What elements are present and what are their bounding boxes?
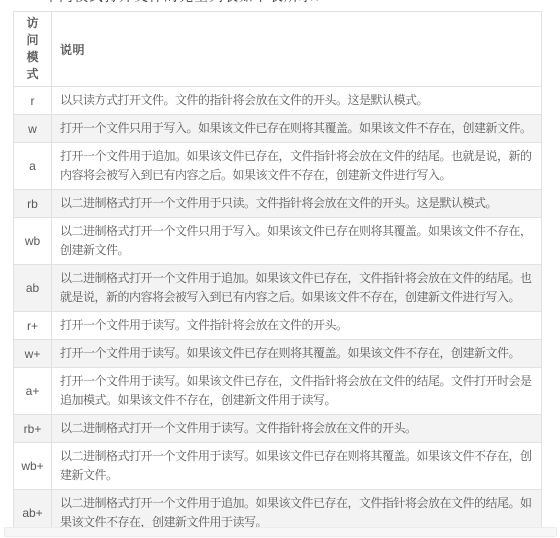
mode-cell: r+ bbox=[14, 312, 52, 340]
table-row: wb+以二进制格式打开一个文件用于读写。如果该文件已存在则将其覆盖。如果该文件不… bbox=[14, 443, 542, 490]
table-row: rb+以二进制格式打开一个文件用于读写。文件指针将会放在文件的开头。 bbox=[14, 415, 542, 443]
table-row: wb以二进制格式打开一个文件只用于写入。如果该文件已存在则将其覆盖。如果该文件不… bbox=[14, 218, 542, 265]
description-cell: 以二进制格式打开一个文件用于读写。如果该文件已存在则将其覆盖。如果该文件不存在，… bbox=[52, 443, 542, 490]
description-cell: 打开一个文件用于读写。如果该文件已存在，文件指针将会放在文件的结尾。文件打开时会… bbox=[52, 368, 542, 415]
mode-cell: rb bbox=[14, 190, 52, 218]
mode-cell: r bbox=[14, 87, 52, 115]
table-body: r以只读方式打开文件。文件的指针将会放在文件的开头。这是默认模式。w打开一个文件… bbox=[14, 87, 542, 537]
mode-cell: w bbox=[14, 115, 52, 143]
top-cropped-text-line: 不同模式打开文件的完全列表如下表所示： bbox=[44, 0, 344, 6]
description-cell: 打开一个文件用于读写。如果该文件已存在则将其覆盖。如果该文件不存在，创建新文件。 bbox=[52, 340, 542, 368]
column-header-description: 说明 bbox=[52, 12, 542, 87]
description-cell: 打开一个文件用于读写。文件指针将会放在文件的开头。 bbox=[52, 312, 542, 340]
table-row: a打开一个文件用于追加。如果该文件已存在，文件指针将会放在文件的结尾。也就是说，… bbox=[14, 143, 542, 190]
access-mode-header-label: 访问模式 bbox=[26, 15, 39, 83]
mode-cell: a+ bbox=[14, 368, 52, 415]
mode-cell: rb+ bbox=[14, 415, 52, 443]
mode-cell: wb+ bbox=[14, 443, 52, 490]
mode-cell: ab bbox=[14, 265, 52, 312]
top-cropped-text: 不同模式打开文件的完全列表如下表所示： bbox=[44, 0, 344, 5]
header-row: 访问模式 说明 bbox=[14, 12, 542, 87]
bottom-partial-row bbox=[4, 527, 557, 537]
table-row: rb以二进制格式打开一个文件用于只读。文件指针将会放在文件的开头。这是默认模式。 bbox=[14, 190, 542, 218]
description-cell: 以二进制格式打开一个文件用于读写。文件指针将会放在文件的开头。 bbox=[52, 415, 542, 443]
table-row: w打开一个文件只用于写入。如果该文件已存在则将其覆盖。如果该文件不存在，创建新文… bbox=[14, 115, 542, 143]
description-cell: 打开一个文件用于追加。如果该文件已存在，文件指针将会放在文件的结尾。也就是说，新… bbox=[52, 143, 542, 190]
file-open-modes-table: 访问模式 说明 r以只读方式打开文件。文件的指针将会放在文件的开头。这是默认模式… bbox=[13, 11, 542, 537]
description-cell: 以二进制格式打开一个文件只用于写入。如果该文件已存在则将其覆盖。如果该文件不存在… bbox=[52, 218, 542, 265]
column-header-access-mode: 访问模式 bbox=[14, 12, 52, 87]
table-row: r+打开一个文件用于读写。文件指针将会放在文件的开头。 bbox=[14, 312, 542, 340]
table-header: 访问模式 说明 bbox=[14, 12, 542, 87]
table-row: ab以二进制格式打开一个文件用于追加。如果该文件已存在，文件指针将会放在文件的结… bbox=[14, 265, 542, 312]
description-cell: 以二进制格式打开一个文件用于只读。文件指针将会放在文件的开头。这是默认模式。 bbox=[52, 190, 542, 218]
table-row: w+打开一个文件用于读写。如果该文件已存在则将其覆盖。如果该文件不存在，创建新文… bbox=[14, 340, 542, 368]
table-row: r以只读方式打开文件。文件的指针将会放在文件的开头。这是默认模式。 bbox=[14, 87, 542, 115]
description-cell: 以只读方式打开文件。文件的指针将会放在文件的开头。这是默认模式。 bbox=[52, 87, 542, 115]
mode-cell: a bbox=[14, 143, 52, 190]
description-cell: 打开一个文件只用于写入。如果该文件已存在则将其覆盖。如果该文件不存在，创建新文件… bbox=[52, 115, 542, 143]
table-row: a+打开一个文件用于读写。如果该文件已存在，文件指针将会放在文件的结尾。文件打开… bbox=[14, 368, 542, 415]
description-cell: 以二进制格式打开一个文件用于追加。如果该文件已存在，文件指针将会放在文件的结尾。… bbox=[52, 265, 542, 312]
mode-cell: wb bbox=[14, 218, 52, 265]
mode-cell: w+ bbox=[14, 340, 52, 368]
